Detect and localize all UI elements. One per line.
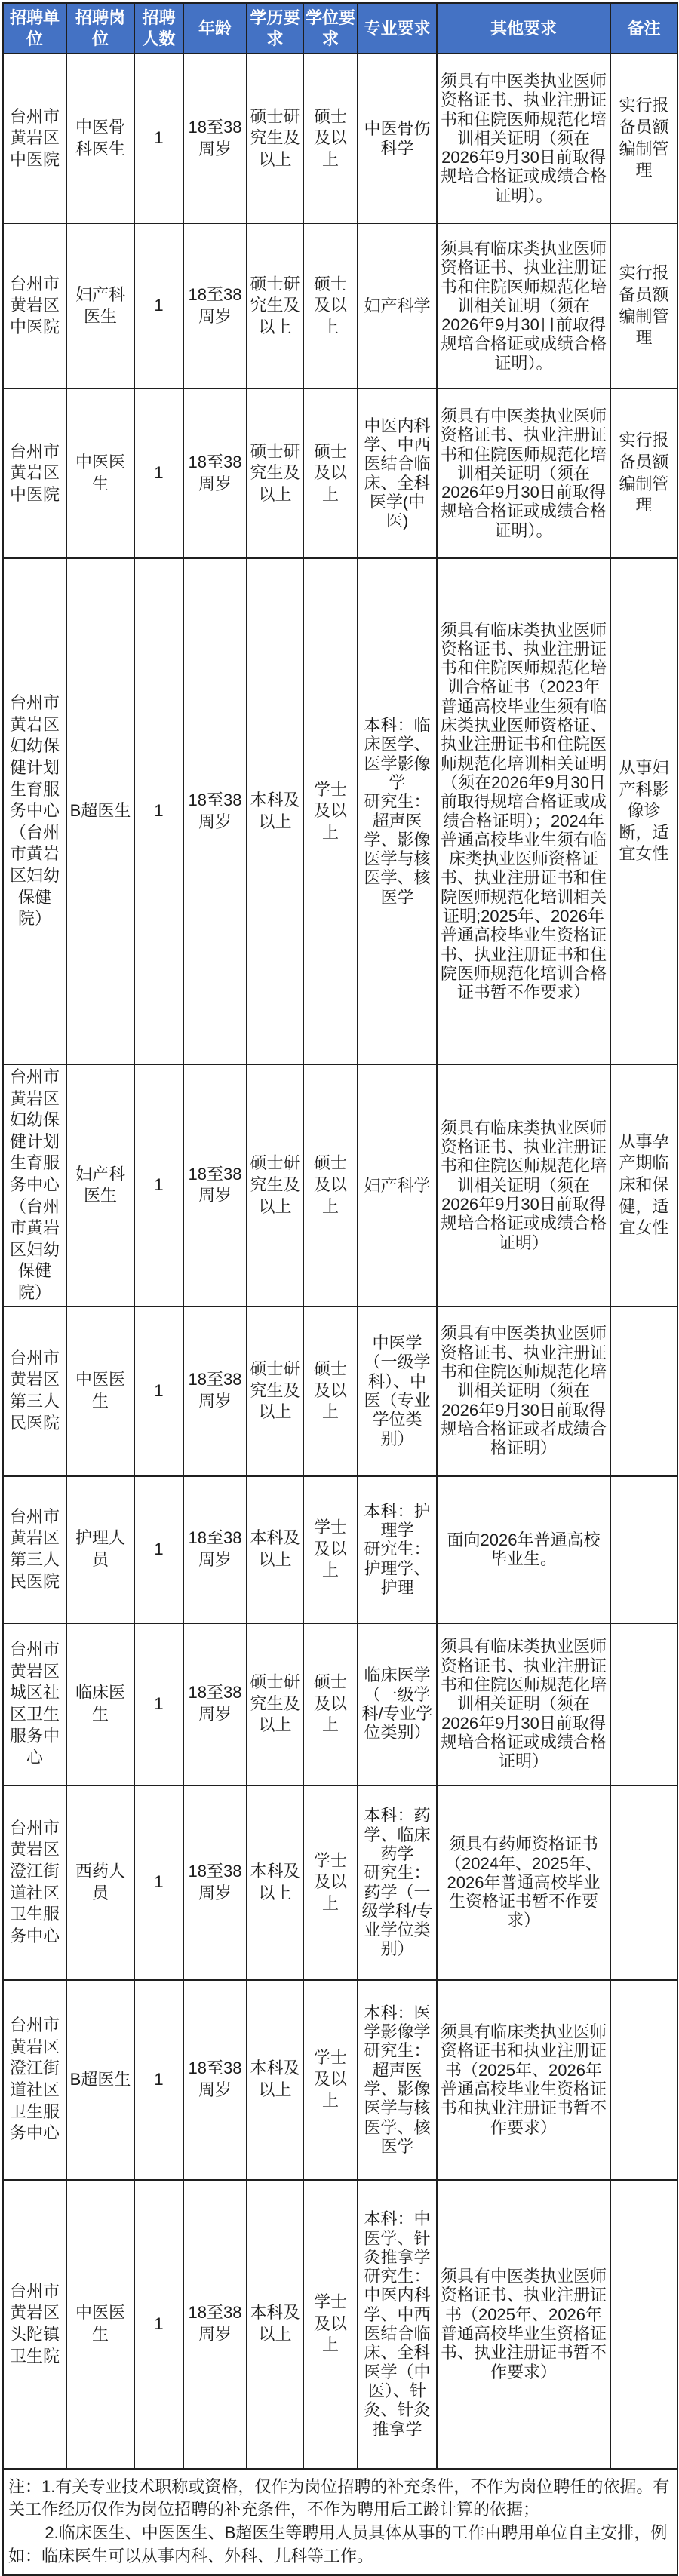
cell-unit: 台州市黄岩区第三人民医院 xyxy=(3,1306,66,1476)
table-row: 台州市黄岩区城区社区卫生服务中心临床医生118至38周岁硕士研究生及以上硕士及以… xyxy=(3,1623,677,1785)
cell-education: 硕士研究生及以上 xyxy=(247,1623,303,1785)
table-row: 台州市黄岩区第三人民医院护理人员118至38周岁本科及以上学士及以上本科：护理学… xyxy=(3,1476,677,1623)
cell-degree: 硕士及以上 xyxy=(303,1306,358,1476)
column-header-2: 招聘人数 xyxy=(134,3,183,54)
table-row: 台州市黄岩区中医院中医医生118至38周岁硕士研究生及以上硕士及以上中医内科学、… xyxy=(3,388,677,558)
cell-count: 1 xyxy=(134,2180,183,2469)
cell-degree: 硕士及以上 xyxy=(303,1623,358,1785)
cell-count: 1 xyxy=(134,1476,183,1623)
cell-position: 西药人员 xyxy=(66,1785,134,1980)
cell-remark xyxy=(610,1306,677,1476)
cell-other: 面向2026年普通高校毕业生。 xyxy=(437,1476,610,1623)
cell-unit: 台州市黄岩区头陀镇卫生院 xyxy=(3,2180,66,2469)
cell-major: 妇产科学 xyxy=(358,1064,437,1306)
cell-count: 1 xyxy=(134,223,183,388)
cell-position: 护理人员 xyxy=(66,1476,134,1623)
table-header: 招聘单位招聘岗位招聘人数年龄学历要求学位要求专业要求其他要求备注 xyxy=(3,3,677,54)
cell-major: 妇产科学 xyxy=(358,223,437,388)
cell-remark xyxy=(610,1476,677,1623)
cell-position: 中医医生 xyxy=(66,2180,134,2469)
cell-degree: 学士及以上 xyxy=(303,1980,358,2180)
cell-age: 18至38周岁 xyxy=(183,2180,247,2469)
note-line: 注：1.有关专业技术职称或资格，仅作为岗位招聘的补充条件，不作为岗位聘任的依据。… xyxy=(8,2476,672,2522)
cell-degree: 学士及以上 xyxy=(303,2180,358,2469)
cell-other: 须具有临床类执业医师资格证书、执业注册证书和住院医师规范化培训相关证明（须在20… xyxy=(437,1623,610,1785)
table-body: 台州市黄岩区中医院中医骨科医生118至38周岁硕士研究生及以上硕士及以上中医骨伤… xyxy=(3,54,677,2469)
cell-count: 1 xyxy=(134,558,183,1064)
cell-education: 本科及以上 xyxy=(247,558,303,1064)
cell-unit: 台州市黄岩区澄江街道社区卫生服务中心 xyxy=(3,1980,66,2180)
cell-position: 妇产科医生 xyxy=(66,223,134,388)
column-header-5: 学位要求 xyxy=(303,3,358,54)
cell-remark: 从事妇产科影像诊断，适宜女性 xyxy=(610,558,677,1064)
cell-major: 本科：医学影像学 研究生：超声医学、影像医学与核医学、核医学 xyxy=(358,1980,437,2180)
cell-education: 硕士研究生及以上 xyxy=(247,1064,303,1306)
cell-age: 18至38周岁 xyxy=(183,1064,247,1306)
cell-unit: 台州市黄岩区澄江街道社区卫生服务中心 xyxy=(3,1785,66,1980)
table-row: 台州市黄岩区头陀镇卫生院中医医生118至38周岁本科及以上学士及以上本科：中医学… xyxy=(3,2180,677,2469)
cell-education: 硕士研究生及以上 xyxy=(247,1306,303,1476)
cell-other: 须具有临床类执业医师资格证书和执业注册证书（2025年、2026年普通高校毕业生… xyxy=(437,1980,610,2180)
cell-degree: 学士及以上 xyxy=(303,1476,358,1623)
cell-education: 硕士研究生及以上 xyxy=(247,223,303,388)
cell-unit: 台州市黄岩区中医院 xyxy=(3,54,66,223)
cell-age: 18至38周岁 xyxy=(183,558,247,1064)
cell-age: 18至38周岁 xyxy=(183,1306,247,1476)
cell-count: 1 xyxy=(134,1064,183,1306)
column-header-6: 专业要求 xyxy=(358,3,437,54)
cell-unit: 台州市黄岩区城区社区卫生服务中心 xyxy=(3,1623,66,1785)
column-header-3: 年龄 xyxy=(183,3,247,54)
cell-other: 须具有中医类执业医师资格证书、执业注册证书和住院医师规范化培训相关证明（须在20… xyxy=(437,388,610,558)
cell-education: 硕士研究生及以上 xyxy=(247,388,303,558)
column-header-1: 招聘岗位 xyxy=(66,3,134,54)
cell-unit: 台州市黄岩区妇幼保健计划生育服务中心（台州市黄岩区妇幼保健院） xyxy=(3,558,66,1064)
column-header-4: 学历要求 xyxy=(247,3,303,54)
cell-major: 本科：临床医学、医学影像学 研究生：超声医学、影像医学与核医学、核医学 xyxy=(358,558,437,1064)
table-row: 台州市黄岩区中医院中医骨科医生118至38周岁硕士研究生及以上硕士及以上中医骨伤… xyxy=(3,54,677,223)
cell-major: 本科：护理学 研究生：护理学、护理 xyxy=(358,1476,437,1623)
cell-major: 中医学（一级学科）、中医（专业学位类别） xyxy=(358,1306,437,1476)
cell-other: 须具有中医类执业医师资格证书、执业注册证书和住院医师规范化培训相关证明（须在20… xyxy=(437,1306,610,1476)
cell-remark: 实行报备员额编制管理 xyxy=(610,223,677,388)
cell-degree: 硕士及以上 xyxy=(303,223,358,388)
cell-age: 18至38周岁 xyxy=(183,223,247,388)
cell-unit: 台州市黄岩区中医院 xyxy=(3,223,66,388)
cell-other: 须具有临床类执业医师资格证书、执业注册证书和住院医师规范化培训相关证明（须在20… xyxy=(437,223,610,388)
cell-education: 本科及以上 xyxy=(247,2180,303,2469)
table-row: 台州市黄岩区第三人民医院中医医生118至38周岁硕士研究生及以上硕士及以上中医学… xyxy=(3,1306,677,1476)
cell-remark: 实行报备员额编制管理 xyxy=(610,388,677,558)
cell-education: 本科及以上 xyxy=(247,1980,303,2180)
cell-unit: 台州市黄岩区中医院 xyxy=(3,388,66,558)
cell-other: 须具有药师资格证书（2024年、2025年、2026年普通高校毕业生资格证书暂不… xyxy=(437,1785,610,1980)
page: 招聘单位招聘岗位招聘人数年龄学历要求学位要求专业要求其他要求备注 台州市黄岩区中… xyxy=(0,0,679,2576)
cell-unit: 台州市黄岩区妇幼保健计划生育服务中心（台州市黄岩区妇幼保健院） xyxy=(3,1064,66,1306)
cell-major: 中医内科学、中西医结合临床、全科医学(中医) xyxy=(358,388,437,558)
cell-count: 1 xyxy=(134,1623,183,1785)
cell-count: 1 xyxy=(134,1980,183,2180)
cell-remark xyxy=(610,1980,677,2180)
table-row: 台州市黄岩区妇幼保健计划生育服务中心（台州市黄岩区妇幼保健院）B超医生118至3… xyxy=(3,558,677,1064)
table-footer: 注：1.有关专业技术职称或资格，仅作为岗位招聘的补充条件，不作为岗位聘任的依据。… xyxy=(3,2469,677,2575)
cell-other: 须具有中医类执业医师资格证书、执业注册证书（2025年、2026年普通高校毕业生… xyxy=(437,2180,610,2469)
cell-major: 本科：中医学、针灸推拿学 研究生：中医内科学、中西医结合临床、全科医学（中医）、… xyxy=(358,2180,437,2469)
cell-major: 本科：药学、临床药学 研究生：药学（一级学科/专业学位类别） xyxy=(358,1785,437,1980)
cell-count: 1 xyxy=(134,54,183,223)
cell-other: 须具有中医类执业医师资格证书、执业注册证书和住院医师规范化培训相关证明（须在20… xyxy=(437,54,610,223)
cell-remark: 从事孕产期临床和保健，适宜女性 xyxy=(610,1064,677,1306)
cell-education: 硕士研究生及以上 xyxy=(247,54,303,223)
table-row: 台州市黄岩区妇幼保健计划生育服务中心（台州市黄岩区妇幼保健院）妇产科医生118至… xyxy=(3,1064,677,1306)
cell-count: 1 xyxy=(134,1785,183,1980)
cell-age: 18至38周岁 xyxy=(183,1623,247,1785)
cell-major: 临床医学（一级学科/专业学位类别） xyxy=(358,1623,437,1785)
cell-age: 18至38周岁 xyxy=(183,54,247,223)
cell-age: 18至38周岁 xyxy=(183,388,247,558)
cell-unit: 台州市黄岩区第三人民医院 xyxy=(3,1476,66,1623)
table-row: 台州市黄岩区澄江街道社区卫生服务中心西药人员118至38周岁本科及以上学士及以上… xyxy=(3,1785,677,1980)
table-row: 台州市黄岩区中医院妇产科医生118至38周岁硕士研究生及以上硕士及以上妇产科学须… xyxy=(3,223,677,388)
cell-degree: 硕士及以上 xyxy=(303,54,358,223)
cell-remark xyxy=(610,1623,677,1785)
cell-remark xyxy=(610,2180,677,2469)
cell-degree: 硕士及以上 xyxy=(303,1064,358,1306)
cell-position: 临床医生 xyxy=(66,1623,134,1785)
column-header-0: 招聘单位 xyxy=(3,3,66,54)
cell-position: 中医医生 xyxy=(66,1306,134,1476)
header-row: 招聘单位招聘岗位招聘人数年龄学历要求学位要求专业要求其他要求备注 xyxy=(3,3,677,54)
cell-position: B超医生 xyxy=(66,1980,134,2180)
cell-position: 中医医生 xyxy=(66,388,134,558)
cell-remark: 实行报备员额编制管理 xyxy=(610,54,677,223)
cell-age: 18至38周岁 xyxy=(183,1785,247,1980)
cell-count: 1 xyxy=(134,388,183,558)
cell-age: 18至38周岁 xyxy=(183,1476,247,1623)
cell-degree: 学士及以上 xyxy=(303,558,358,1064)
column-header-7: 其他要求 xyxy=(437,3,610,54)
cell-count: 1 xyxy=(134,1306,183,1476)
footnotes: 注：1.有关专业技术职称或资格，仅作为岗位招聘的补充条件，不作为岗位聘任的依据。… xyxy=(3,2469,677,2575)
cell-other: 须具有临床类执业医师资格证书、执业注册证书和住院医师规范化培训合格证书（2023… xyxy=(437,558,610,1064)
cell-degree: 学士及以上 xyxy=(303,1785,358,1980)
table-row: 台州市黄岩区澄江街道社区卫生服务中心B超医生118至38周岁本科及以上学士及以上… xyxy=(3,1980,677,2180)
note-line: 2.临床医生、中医医生、B超医生等聘用人员具体从事的工作由聘用单位自主安排，例如… xyxy=(8,2522,672,2568)
recruitment-table: 招聘单位招聘岗位招聘人数年龄学历要求学位要求专业要求其他要求备注 台州市黄岩区中… xyxy=(2,2,678,2576)
cell-remark xyxy=(610,1785,677,1980)
cell-education: 本科及以上 xyxy=(247,1785,303,1980)
cell-degree: 硕士及以上 xyxy=(303,388,358,558)
cell-position: 中医骨科医生 xyxy=(66,54,134,223)
cell-position: B超医生 xyxy=(66,558,134,1064)
cell-education: 本科及以上 xyxy=(247,1476,303,1623)
column-header-8: 备注 xyxy=(610,3,677,54)
cell-position: 妇产科医生 xyxy=(66,1064,134,1306)
cell-age: 18至38周岁 xyxy=(183,1980,247,2180)
cell-major: 中医骨伤科学 xyxy=(358,54,437,223)
cell-other: 须具有临床类执业医师资格证书、执业注册证书和住院医师规范化培训相关证明（须在20… xyxy=(437,1064,610,1306)
